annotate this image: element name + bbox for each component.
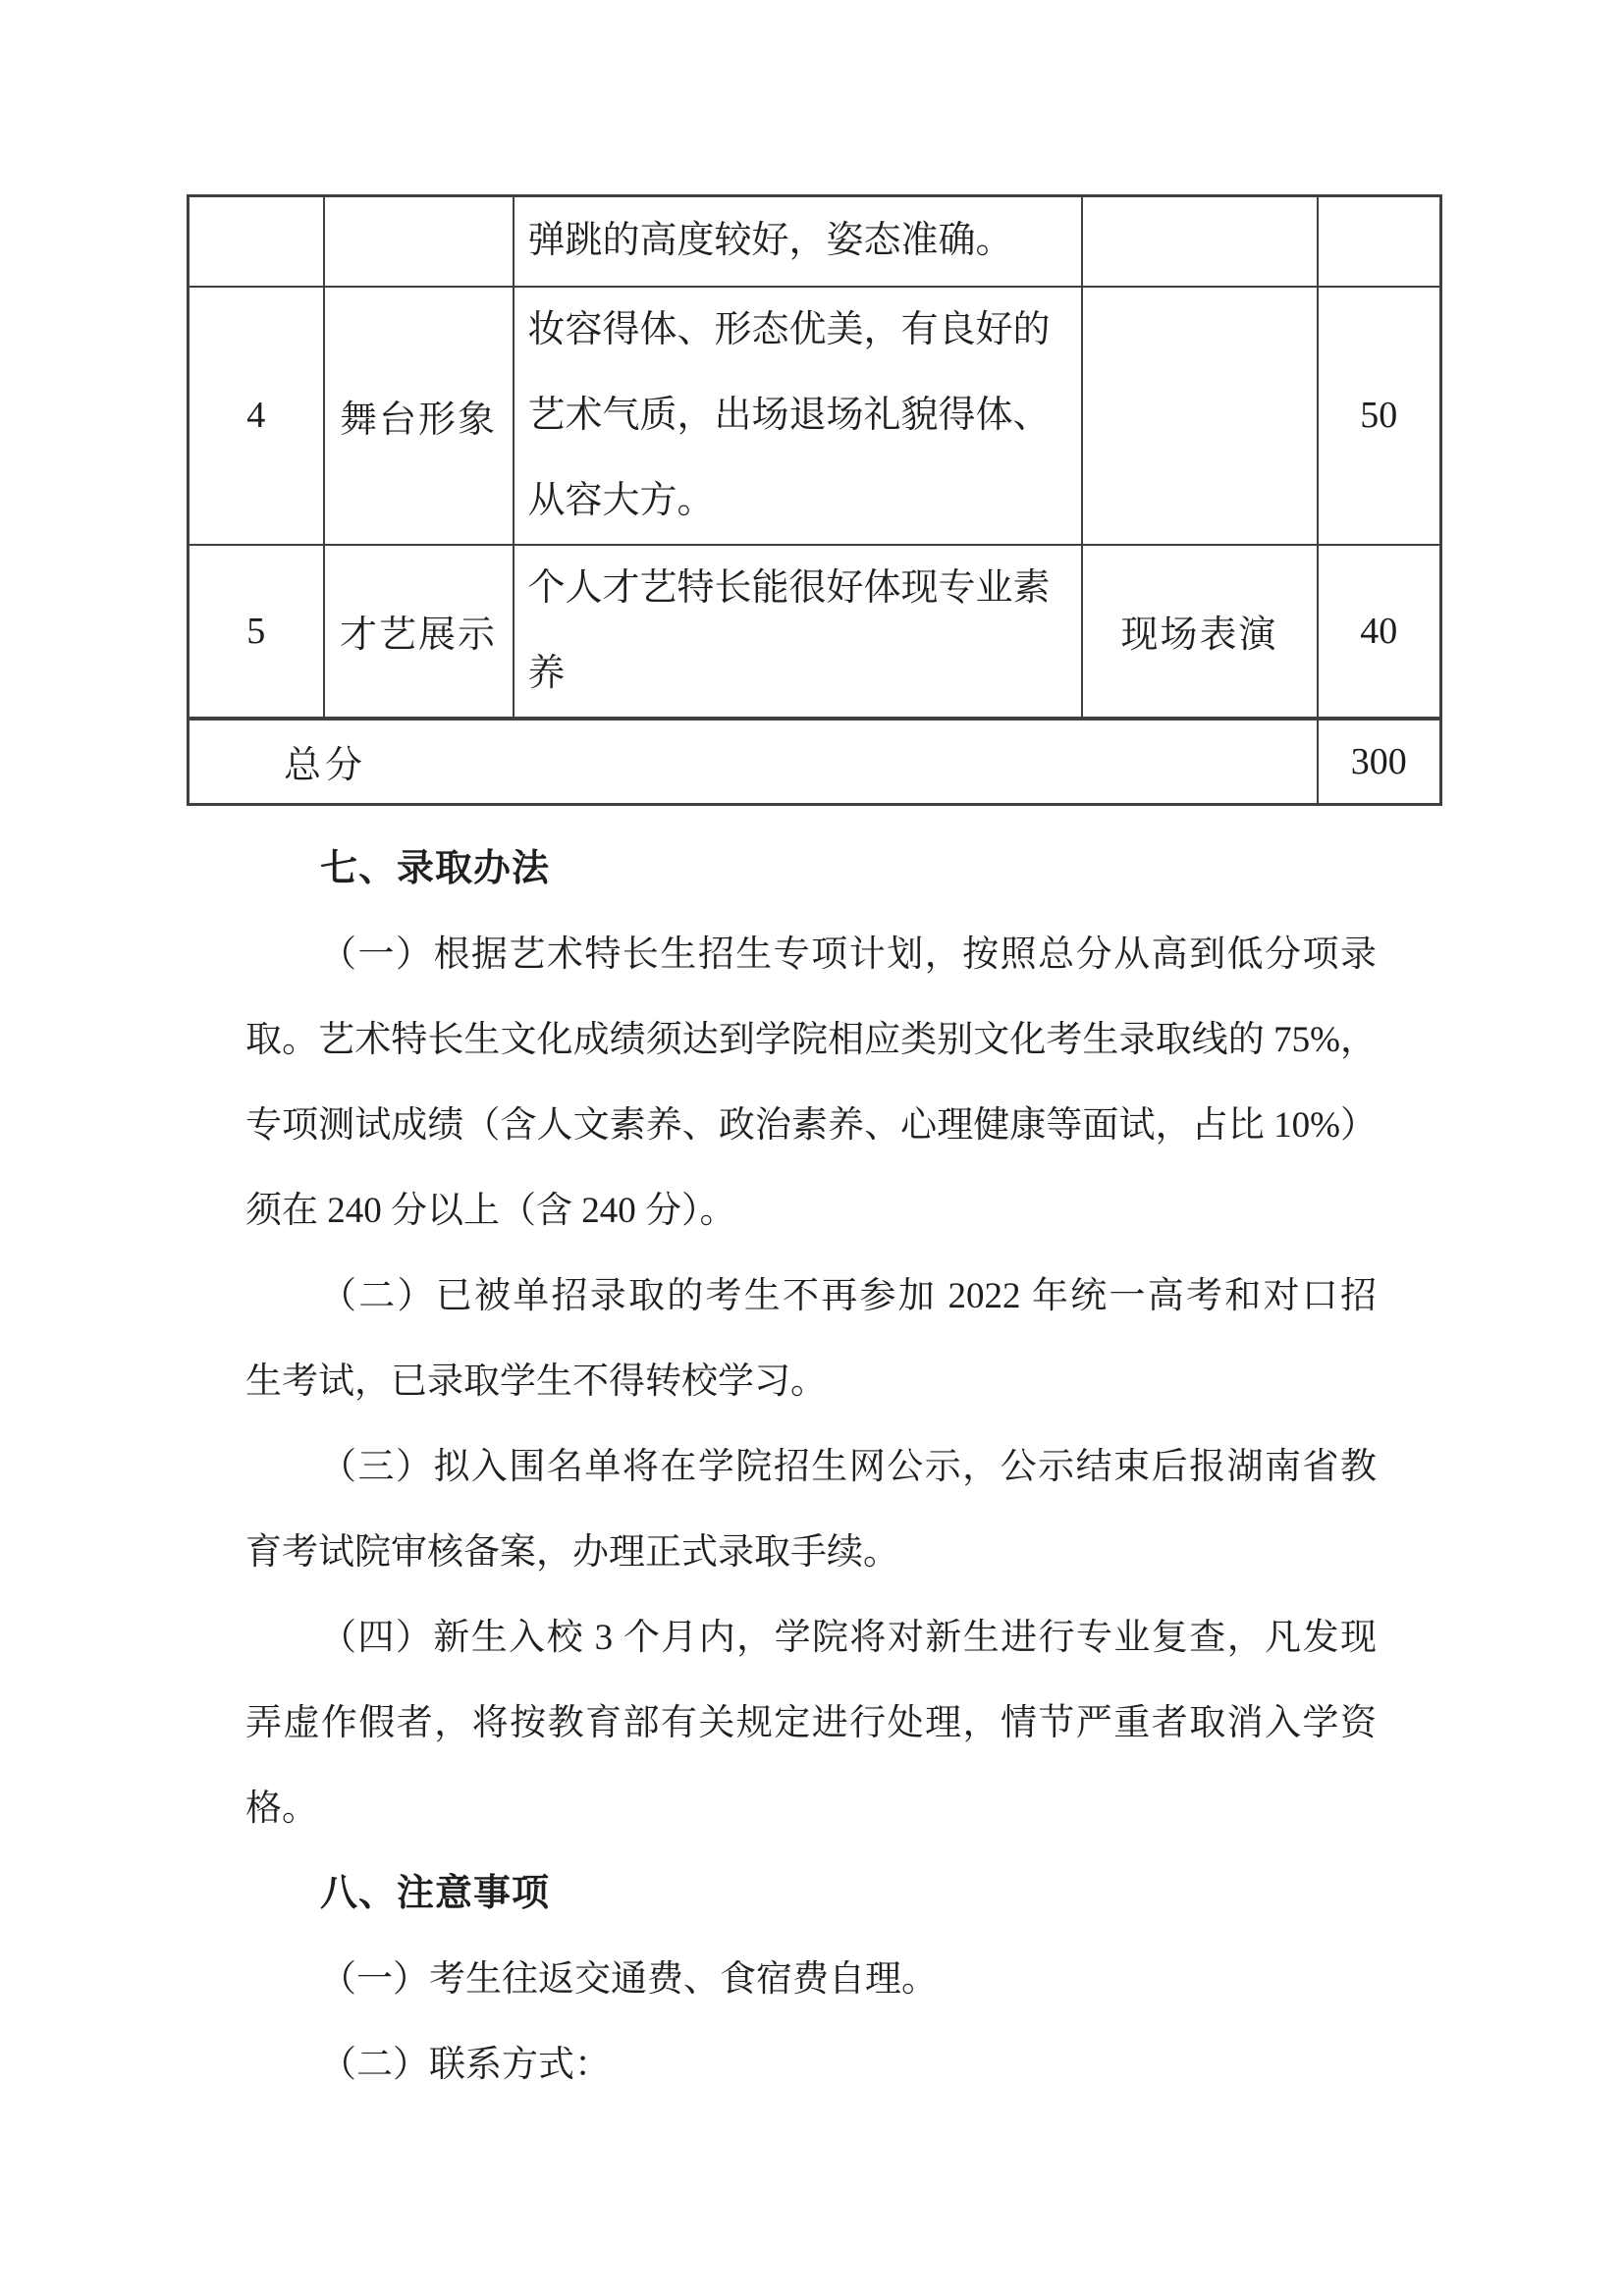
cell-method: 现场表演: [1082, 545, 1318, 719]
cell-category: [324, 196, 514, 287]
paragraph-line: 须在 240 分以上（含 240 分）。: [245, 1168, 1377, 1254]
body-text: 七、录取办法 （一）根据艺术特长生招生专项计划，按照总分从高到低分项录 取。艺术…: [245, 827, 1377, 2108]
cell-method: [1082, 287, 1318, 545]
paragraph-line: （一）根据艺术特长生招生专项计划，按照总分从高到低分项录: [245, 912, 1377, 997]
description-line: 从容大方。: [528, 458, 1067, 544]
cell-description: 个人才艺特长能很好体现专业素 养: [514, 545, 1082, 719]
description-line: 弹跳的高度较好，姿态准确。: [528, 198, 1067, 284]
paragraph-line: 弄虚作假者，将按教育部有关规定进行处理，情节严重者取消入学资: [245, 1681, 1377, 1766]
paragraph-line: （三）拟入围名单将在学院招生网公示，公示结束后报湖南省教: [245, 1424, 1377, 1510]
paragraph-line: （二）已被单招录取的考生不再参加 2022 年统一高考和对口招: [245, 1254, 1377, 1339]
cell-category: 才艺展示: [324, 545, 514, 719]
paragraph-line: 生考试，已录取学生不得转校学习。: [245, 1339, 1377, 1424]
table-row-continued: 弹跳的高度较好，姿态准确。: [189, 196, 1441, 287]
cell-method: [1082, 196, 1318, 287]
paragraph-line: （一）考生往返交通费、食宿费自理。: [245, 1937, 1377, 2022]
description-line: 妆容得体、形态优美，有良好的: [528, 288, 1067, 373]
cell-no: 5: [189, 545, 324, 719]
table-row-total: 总分 300: [189, 719, 1441, 805]
cell-total-label: 总分: [189, 719, 1318, 805]
paragraph-line: 格。: [245, 1766, 1377, 1851]
paragraph-line: （二）联系方式：: [245, 2022, 1377, 2108]
paragraph-line: 育考试院审核备案，办理正式录取手续。: [245, 1510, 1377, 1595]
cell-score: 50: [1318, 287, 1441, 545]
cell-no: 4: [189, 287, 324, 545]
cell-score: [1318, 196, 1441, 287]
document-page: 弹跳的高度较好，姿态准确。 4 舞台形象 妆容得体、形态优美，有良好的 艺术气质…: [0, 0, 1624, 2296]
cell-category: 舞台形象: [324, 287, 514, 545]
cell-total-score: 300: [1318, 719, 1441, 805]
score-table: 弹跳的高度较好，姿态准确。 4 舞台形象 妆容得体、形态优美，有良好的 艺术气质…: [187, 194, 1442, 806]
description-line: 个人才艺特长能很好体现专业素: [528, 546, 1067, 631]
description-line: 艺术气质，出场退场礼貌得体、: [528, 373, 1067, 458]
cell-score: 40: [1318, 545, 1441, 719]
paragraph-line: 取。艺术特长生文化成绩须达到学院相应类别文化考生录取线的 75%，: [245, 997, 1377, 1083]
section-heading-8: 八、注意事项: [245, 1851, 1377, 1937]
paragraph-line: （四）新生入校 3 个月内，学院将对新生进行专业复查，凡发现: [245, 1595, 1377, 1681]
cell-no: [189, 196, 324, 287]
cell-description: 妆容得体、形态优美，有良好的 艺术气质，出场退场礼貌得体、 从容大方。: [514, 287, 1082, 545]
table-row-4: 4 舞台形象 妆容得体、形态优美，有良好的 艺术气质，出场退场礼貌得体、 从容大…: [189, 287, 1441, 545]
cell-description: 弹跳的高度较好，姿态准确。: [514, 196, 1082, 287]
paragraph-line: 专项测试成绩（含人文素养、政治素养、心理健康等面试，占比 10%）: [245, 1083, 1377, 1168]
section-heading-7: 七、录取办法: [245, 827, 1377, 912]
table-row-5: 5 才艺展示 个人才艺特长能很好体现专业素 养 现场表演 40: [189, 545, 1441, 719]
description-line: 养: [528, 631, 1067, 717]
